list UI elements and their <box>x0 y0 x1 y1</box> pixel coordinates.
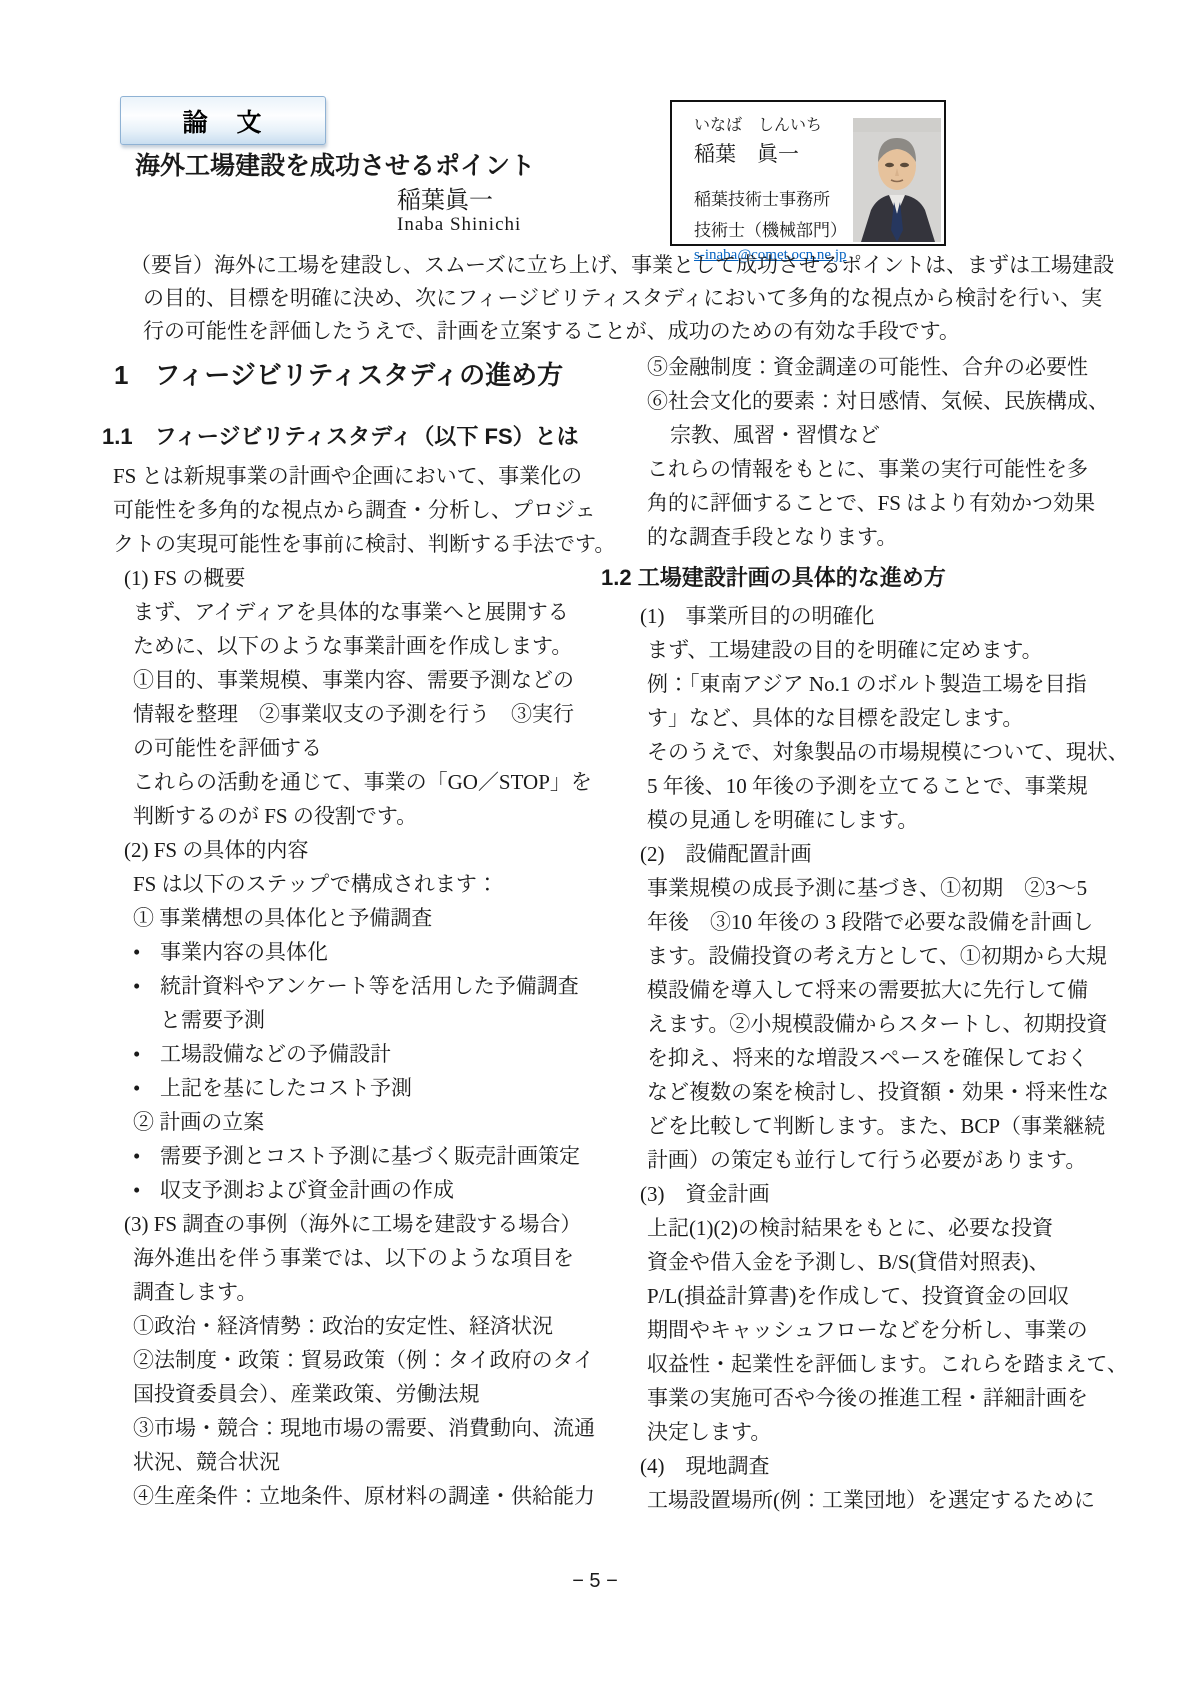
bullet-icon: • <box>133 1037 160 1071</box>
text-line: どを比較して判断します。また、BCP（事業継続 <box>585 1109 1105 1143</box>
text-line: これらの情報をもとに、事業の実行可能性を多 <box>585 452 1105 486</box>
text-line: これらの活動を通じて、事業の「GO／STOP」を <box>100 765 582 799</box>
bullet-icon: • <box>133 1173 160 1207</box>
page-number: − 5 − <box>0 1570 1190 1593</box>
section-1-heading: 1 フィージビリティスタディの進め方 <box>100 355 582 395</box>
text-line: ⑥社会文化的要素：対日感情、気候、民族構成、 <box>585 384 1105 418</box>
text-line: 的な調査手段となります。 <box>585 520 1105 554</box>
text-line: (3) 資金計画 <box>585 1177 1105 1211</box>
text-line: 事業の実施可否や今後の推進工程・詳細計画を <box>585 1381 1105 1415</box>
author-qualification: 技術士（機械部門） <box>694 216 847 241</box>
text-line: を抑え、将来的な増設スペースを確保しておく <box>585 1041 1105 1075</box>
text-line: 状況、競合状況 <box>100 1445 582 1479</box>
text-line: そのうえで、対象製品の市場規模について、現状、 <box>585 735 1105 769</box>
text-line: の可能性を評価する <box>100 731 582 765</box>
left-column-body: FS とは新規事業の計画や企画において、事業化の可能性を多角的な視点から調査・分… <box>100 459 582 1513</box>
category-label: 論 文 <box>182 103 263 139</box>
text-line: 可能性を多角的な視点から調査・分析し、プロジェ <box>100 493 582 527</box>
text-line: (1) FS の概要 <box>100 561 582 595</box>
text-line: 決定します。 <box>585 1415 1105 1449</box>
text-line: 角的に評価することで、FS はより有効かつ効果 <box>585 486 1105 520</box>
text-line: 模設備を導入して将来の需要拡大に先行して備 <box>585 973 1105 1007</box>
text-line: 判断するのが FS の役割です。 <box>100 799 582 833</box>
bullet-text: 需要予測とコスト予測に基づく販売計画策定 <box>160 1144 580 1168</box>
right-column-intro: ⑤金融制度：資金調達の可能性、合弁の必要性⑥社会文化的要素：対日感情、気候、民族… <box>585 350 1105 554</box>
abstract: （要旨）海外に工場を建設し、スムーズに立ち上げ、事業として成功させるポイントは、… <box>130 249 1120 348</box>
text-line: ① 事業構想の具体化と予備調査 <box>100 901 582 935</box>
text-line: P/L(損益計算書)を作成して、投資資金の回収 <box>585 1279 1105 1313</box>
author-office: 稲葉技術士事務所 <box>694 185 847 210</box>
author-photo <box>853 118 941 242</box>
text-line: と需要予測 <box>100 1003 582 1037</box>
text-line: 例：「東南アジア No.1 のボルト製造工場を目指 <box>585 667 1105 701</box>
bullet-icon: • <box>133 969 160 1003</box>
text-line: など複数の案を検討し、投資額・効果・将来性な <box>585 1075 1105 1109</box>
text-line: ために、以下のような事業計画を作成します。 <box>100 629 582 663</box>
text-line: 資金や借入金を予測し、B/S(貸借対照表)、 <box>585 1245 1105 1279</box>
text-line: •上記を基にしたコスト予測 <box>100 1071 582 1105</box>
text-line: (2) FS の具体的内容 <box>100 833 582 867</box>
section-1-1-heading: 1.1 フィージビリティスタディ（以下 FS）とは <box>100 419 582 455</box>
bullet-text: 統計資料やアンケート等を活用した予備調査 <box>160 974 579 998</box>
text-line: ④生産条件：立地条件、原材料の調達・供給能力 <box>100 1479 582 1513</box>
author-profile-box: いなば しんいち 稲葉 眞一 稲葉技術士事務所 技術士（機械部門） s-inab… <box>670 100 946 246</box>
text-line: ③市場・競合：現地市場の需要、消費動向、流通 <box>100 1411 582 1445</box>
author-furigana: いなば しんいち <box>694 112 847 135</box>
text-line: 5 年後、10 年後の予測を立てることで、事業規 <box>585 769 1105 803</box>
text-line: (3) FS 調査の事例（海外に工場を建設する場合） <box>100 1207 582 1241</box>
text-line: •工場設備などの予備設計 <box>100 1037 582 1071</box>
text-line: •収支予測および資金計画の作成 <box>100 1173 582 1207</box>
bullet-icon: • <box>133 935 160 969</box>
bullet-icon: • <box>133 1071 160 1105</box>
paper-page: 論 文 海外工場建設を成功させるポイント 稲葉眞一 Inaba Shinichi… <box>0 0 1190 1683</box>
text-line: (1) 事業所目的の明確化 <box>585 599 1105 633</box>
section-1-2-heading: 1.2 工場建設計画の具体的な進め方 <box>585 559 1105 597</box>
text-line: の目的、目標を明確に決め、次にフィージビリティスタディにおいて多角的な視点から検… <box>130 282 1120 315</box>
text-line: 年後 ③10 年後の 3 段階で必要な設備を計画し <box>585 905 1105 939</box>
page-title: 海外工場建設を成功させるポイント <box>135 146 535 182</box>
text-line: FS は以下のステップで構成されます： <box>100 867 582 901</box>
text-line: クトの実現可能性を事前に検討、判断する手法です。 <box>100 527 582 561</box>
text-line: 宗教、風習・習慣など <box>585 418 1105 452</box>
text-line: (2) 設備配置計画 <box>585 837 1105 871</box>
text-line: 模の見通しを明確にします。 <box>585 803 1105 837</box>
right-column-body: (1) 事業所目的の明確化まず、工場建設の目的を明確に定めます。例：「東南アジア… <box>585 599 1105 1517</box>
text-line: 工場設置場所(例：工業団地）を選定するために <box>585 1483 1105 1517</box>
text-line: （要旨）海外に工場を建設し、スムーズに立ち上げ、事業として成功させるポイントは、… <box>130 249 1120 282</box>
right-column: ⑤金融制度：資金調達の可能性、合弁の必要性⑥社会文化的要素：対日感情、気候、民族… <box>585 350 1105 1517</box>
text-line: 計画）の策定も並行して行う必要があります。 <box>585 1143 1105 1177</box>
text-line: 情報を整理 ②事業収支の予測を行う ③実行 <box>100 697 582 731</box>
bullet-text: 上記を基にしたコスト予測 <box>160 1076 412 1100</box>
text-line: す」など、具体的な目標を設定します。 <box>585 701 1105 735</box>
author-box-name: 稲葉 眞一 <box>694 138 847 168</box>
text-line: FS とは新規事業の計画や企画において、事業化の <box>100 459 582 493</box>
text-line: •事業内容の具体化 <box>100 935 582 969</box>
author-profile-text: いなば しんいち 稲葉 眞一 稲葉技術士事務所 技術士（機械部門） s-inab… <box>694 112 847 264</box>
text-line: えます。②小規模設備からスタートし、初期投資 <box>585 1007 1105 1041</box>
text-line: 海外進出を伴う事業では、以下のような項目を <box>100 1241 582 1275</box>
text-line: 行の可能性を評価したうえで、計画を立案することが、成功のための有効な手段です。 <box>130 315 1120 348</box>
text-line: ①目的、事業規模、事業内容、需要予測などの <box>100 663 582 697</box>
text-line: まず、工場建設の目的を明確に定めます。 <box>585 633 1105 667</box>
text-line: ①政治・経済情勢：政治的安定性、経済状況 <box>100 1309 582 1343</box>
text-line: まず、アイディアを具体的な事業へと展開する <box>100 595 582 629</box>
text-line: ② 計画の立案 <box>100 1105 582 1139</box>
text-line: 調査します。 <box>100 1275 582 1309</box>
text-line: •需要予測とコスト予測に基づく販売計画策定 <box>100 1139 582 1173</box>
bullet-text: 収支予測および資金計画の作成 <box>160 1178 454 1202</box>
text-line: •統計資料やアンケート等を活用した予備調査 <box>100 969 582 1003</box>
text-line: 期間やキャッシュフローなどを分析し、事業の <box>585 1313 1105 1347</box>
bullet-icon: • <box>133 1139 160 1173</box>
author-name-ja: 稲葉眞一 <box>397 180 493 215</box>
category-label-box: 論 文 <box>120 96 326 145</box>
author-name-en: Inaba Shinichi <box>397 214 521 236</box>
text-line: (4) 現地調査 <box>585 1449 1105 1483</box>
text-line: 上記(1)(2)の検討結果をもとに、必要な投資 <box>585 1211 1105 1245</box>
text-line: ⑤金融制度：資金調達の可能性、合弁の必要性 <box>585 350 1105 384</box>
left-column: 1 フィージビリティスタディの進め方 1.1 フィージビリティスタディ（以下 F… <box>100 355 582 1513</box>
text-line: 収益性・起業性を評価します。これらを踏まえて、 <box>585 1347 1105 1381</box>
text-line: ②法制度・政策：貿易政策（例：タイ政府のタイ <box>100 1343 582 1377</box>
text-line: 事業規模の成長予測に基づき、①初期 ②3～5 <box>585 871 1105 905</box>
text-line: ます。設備投資の考え方として、①初期から大規 <box>585 939 1105 973</box>
bullet-text: 事業内容の具体化 <box>160 940 328 964</box>
bullet-text: 工場設備などの予備設計 <box>160 1042 391 1066</box>
text-line: 国投資委員会）、産業政策、労働法規 <box>100 1377 582 1411</box>
